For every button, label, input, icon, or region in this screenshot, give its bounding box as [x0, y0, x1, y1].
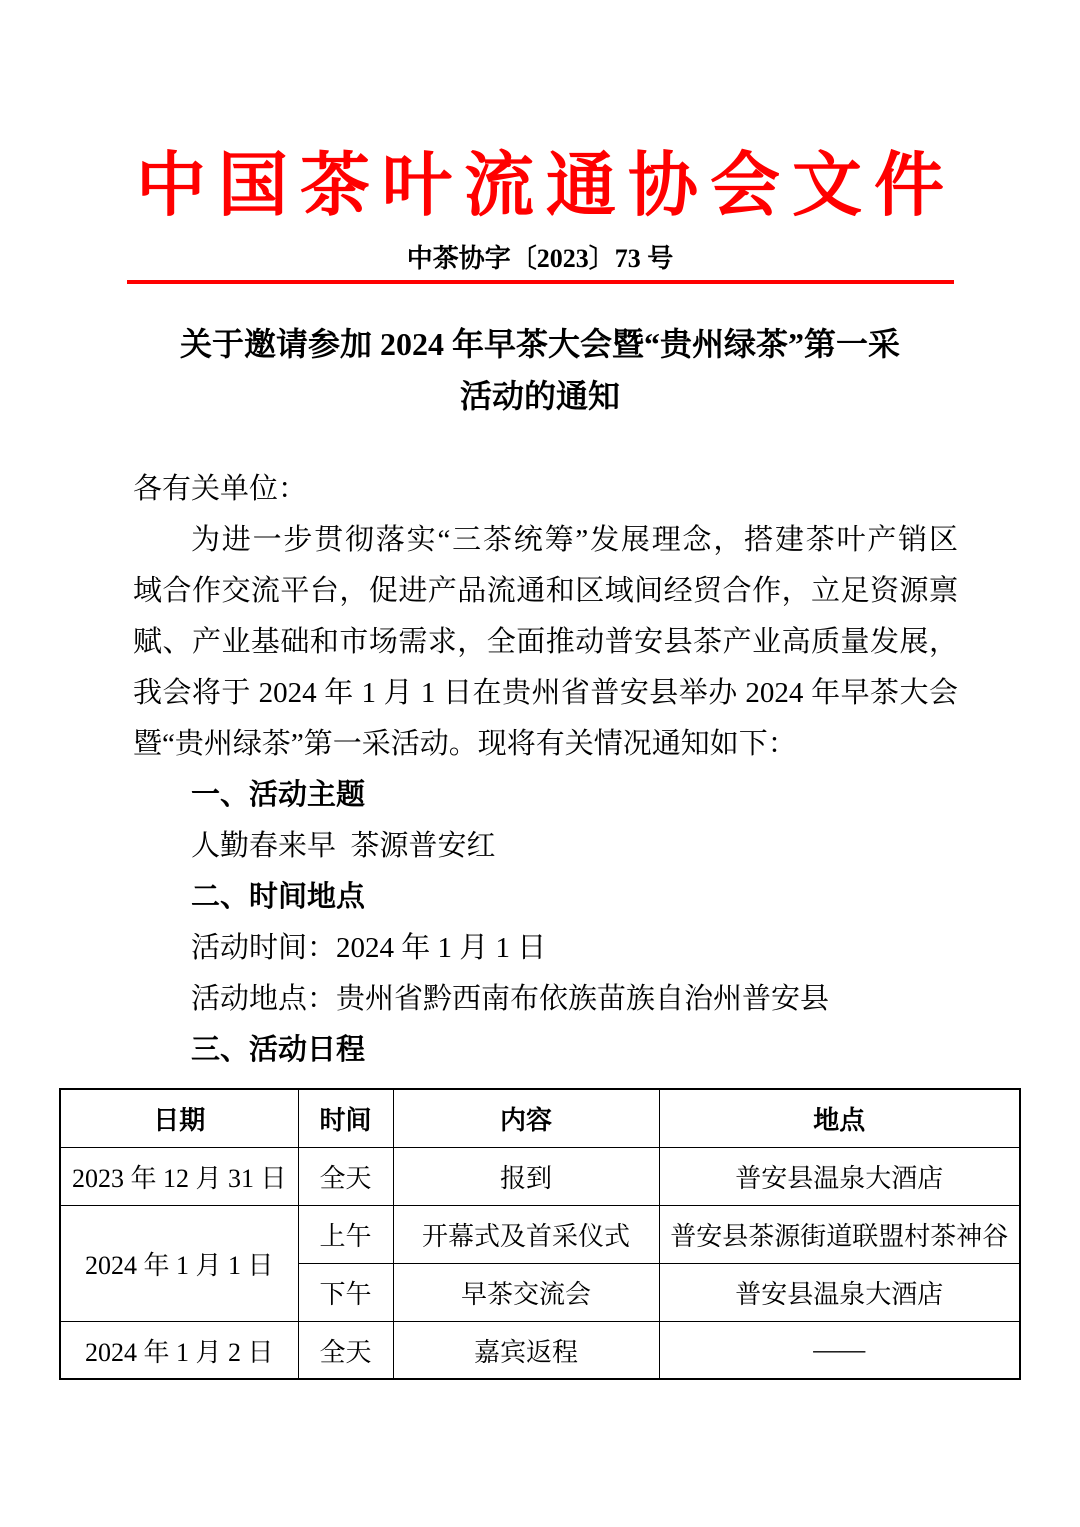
table-cell: 全天 [298, 1147, 393, 1205]
section-heading: 二、时间地点 [133, 872, 958, 923]
table-cell: 早茶交流会 [393, 1263, 659, 1321]
table-cell: 2024 年 1 月 2 日 [60, 1321, 298, 1379]
table-cell: 嘉宾返程 [393, 1321, 659, 1379]
paragraph-line: 为进一步贯彻落实“三茶统筹”发展理念，搭建茶叶产销区 [133, 515, 958, 566]
paragraph-line: 暨“贵州绿茶”第一采活动。现将有关情况通知如下： [133, 719, 958, 770]
document-title-line1: 关于邀请参加 2024 年早茶大会暨“贵州绿茶”第一采 [0, 318, 1080, 370]
table-cell: —— [659, 1321, 1020, 1379]
table-cell: 普安县茶源街道联盟村茶神谷 [659, 1205, 1020, 1263]
paragraph-line: 赋、产业基础和市场需求，全面推动普安县茶产业高质量发展， [133, 617, 958, 668]
schedule-table-body: 2023 年 12 月 31 日全天报到普安县温泉大酒店2024 年 1 月 1… [60, 1147, 1020, 1379]
paragraph-line: 我会将于 2024 年 1 月 1 日在贵州省普安县举办 2024 年早茶大会 [133, 668, 958, 719]
doc-number: 中茶协字〔2023〕73 号 [0, 244, 1080, 274]
schedule-table: 日期时间内容地点 2023 年 12 月 31 日全天报到普安县温泉大酒店202… [59, 1088, 1021, 1380]
table-cell: 上午 [298, 1205, 393, 1263]
table-row: 2023 年 12 月 31 日全天报到普安县温泉大酒店 [60, 1147, 1020, 1205]
table-cell: 普安县温泉大酒店 [659, 1263, 1020, 1321]
document-title: 关于邀请参加 2024 年早茶大会暨“贵州绿茶”第一采 活动的通知 [0, 318, 1080, 422]
table-header-cell: 内容 [393, 1089, 659, 1147]
table-header-cell: 时间 [298, 1089, 393, 1147]
table-cell: 2024 年 1 月 1 日 [60, 1205, 298, 1321]
section-heading: 一、活动主题 [133, 770, 958, 821]
document-body: 各有关单位： 为进一步贯彻落实“三茶统筹”发展理念，搭建茶叶产销区域合作交流平台… [133, 464, 958, 1076]
document-page: 中国茶叶流通协会文件 中茶协字〔2023〕73 号 关于邀请参加 2024 年早… [0, 0, 1080, 1527]
table-header-cell: 日期 [60, 1089, 298, 1147]
table-cell: 报到 [393, 1147, 659, 1205]
schedule-table-head: 日期时间内容地点 [60, 1089, 1020, 1147]
section-line: 人勤春来早 茶源普安红 [133, 821, 958, 872]
document-title-line2: 活动的通知 [0, 370, 1080, 422]
salutation: 各有关单位： [133, 464, 958, 515]
table-cell: 开幕式及首采仪式 [393, 1205, 659, 1263]
table-cell: 普安县温泉大酒店 [659, 1147, 1020, 1205]
intro-paragraph: 为进一步贯彻落实“三茶统筹”发展理念，搭建茶叶产销区域合作交流平台，促进产品流通… [133, 515, 958, 770]
table-cell: 下午 [298, 1263, 393, 1321]
section-line: 活动地点：贵州省黔西南布依族苗族自治州普安县 [133, 974, 958, 1025]
section-line: 活动时间：2024 年 1 月 1 日 [133, 923, 958, 974]
sections: 一、活动主题人勤春来早 茶源普安红二、时间地点活动时间：2024 年 1 月 1… [133, 770, 958, 1076]
table-cell: 2023 年 12 月 31 日 [60, 1147, 298, 1205]
table-cell: 全天 [298, 1321, 393, 1379]
section-heading: 三、活动日程 [133, 1025, 958, 1076]
table-header-row: 日期时间内容地点 [60, 1089, 1020, 1147]
paragraph-line: 域合作交流平台，促进产品流通和区域间经贸合作，立足资源禀 [133, 566, 958, 617]
table-header-cell: 地点 [659, 1089, 1020, 1147]
table-row: 2024 年 1 月 1 日上午开幕式及首采仪式普安县茶源街道联盟村茶神谷 [60, 1205, 1020, 1263]
red-divider [127, 280, 954, 284]
org-title: 中国茶叶流通协会文件 [0, 148, 1080, 226]
table-row: 2024 年 1 月 2 日全天嘉宾返程—— [60, 1321, 1020, 1379]
